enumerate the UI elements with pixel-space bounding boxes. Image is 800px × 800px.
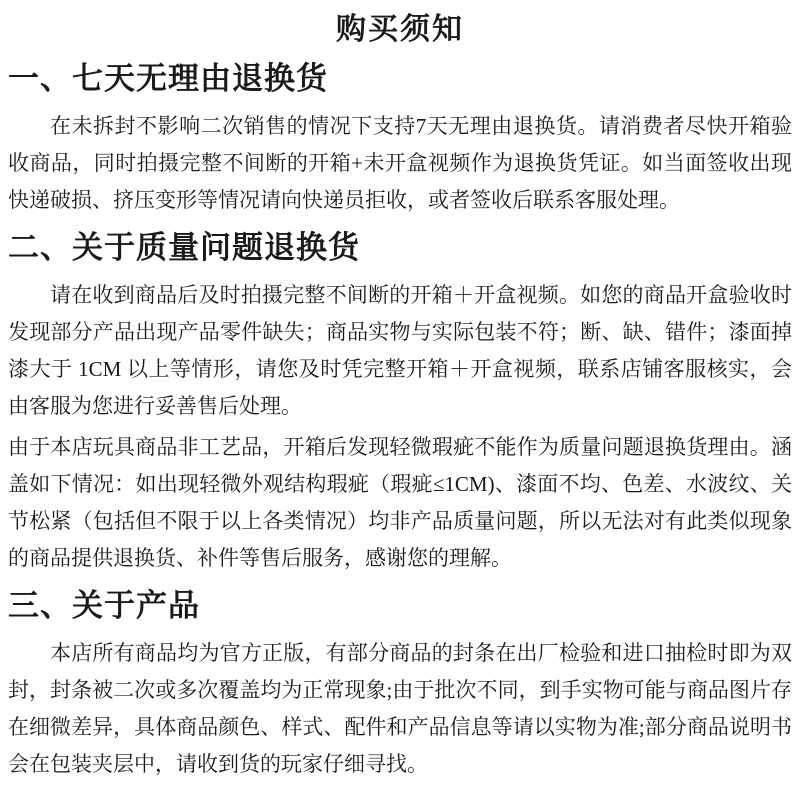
section-about-product: 三、关于产品 本店所有商品均为官方正版，有部分商品的封条在出厂检验和进口抽检时即… xyxy=(8,585,792,783)
section-heading-seven-day-return: 一、七天无理由退换货 xyxy=(8,58,792,100)
section-heading-about-product: 三、关于产品 xyxy=(8,585,792,627)
paragraph-about-product: 本店所有商品均为官方正版，有部分商品的封条在出厂检验和进口抽检时即为双封，封条被… xyxy=(8,635,792,783)
section-quality-issue-return: 二、关于质量问题退换货 请在收到商品后及时拍摄完整不间断的开箱＋开盒视频。如您的… xyxy=(8,227,792,577)
section-heading-quality-issue-return: 二、关于质量问题退换货 xyxy=(8,227,792,269)
paragraph-seven-day-return: 在未拆封不影响二次销售的情况下支持7天无理由退换货。请消费者尽快开箱验收商品，同… xyxy=(8,108,792,219)
paragraph-quality-issue-return-1: 请在收到商品后及时拍摄完整不间断的开箱＋开盒视频。如您的商品开盒验收时发现部分产… xyxy=(8,277,792,425)
paragraph-quality-issue-return-2: 由于本店玩具商品非工艺品，开箱后发现轻微瑕疵不能作为质量问题退换货理由。涵盖如下… xyxy=(8,429,792,577)
purchase-notice-document: 购买须知 一、七天无理由退换货 在未拆封不影响二次销售的情况下支持7天无理由退换… xyxy=(0,0,800,800)
section-seven-day-return: 一、七天无理由退换货 在未拆封不影响二次销售的情况下支持7天无理由退换货。请消费… xyxy=(8,58,792,219)
page-title: 购买须知 xyxy=(8,10,792,50)
